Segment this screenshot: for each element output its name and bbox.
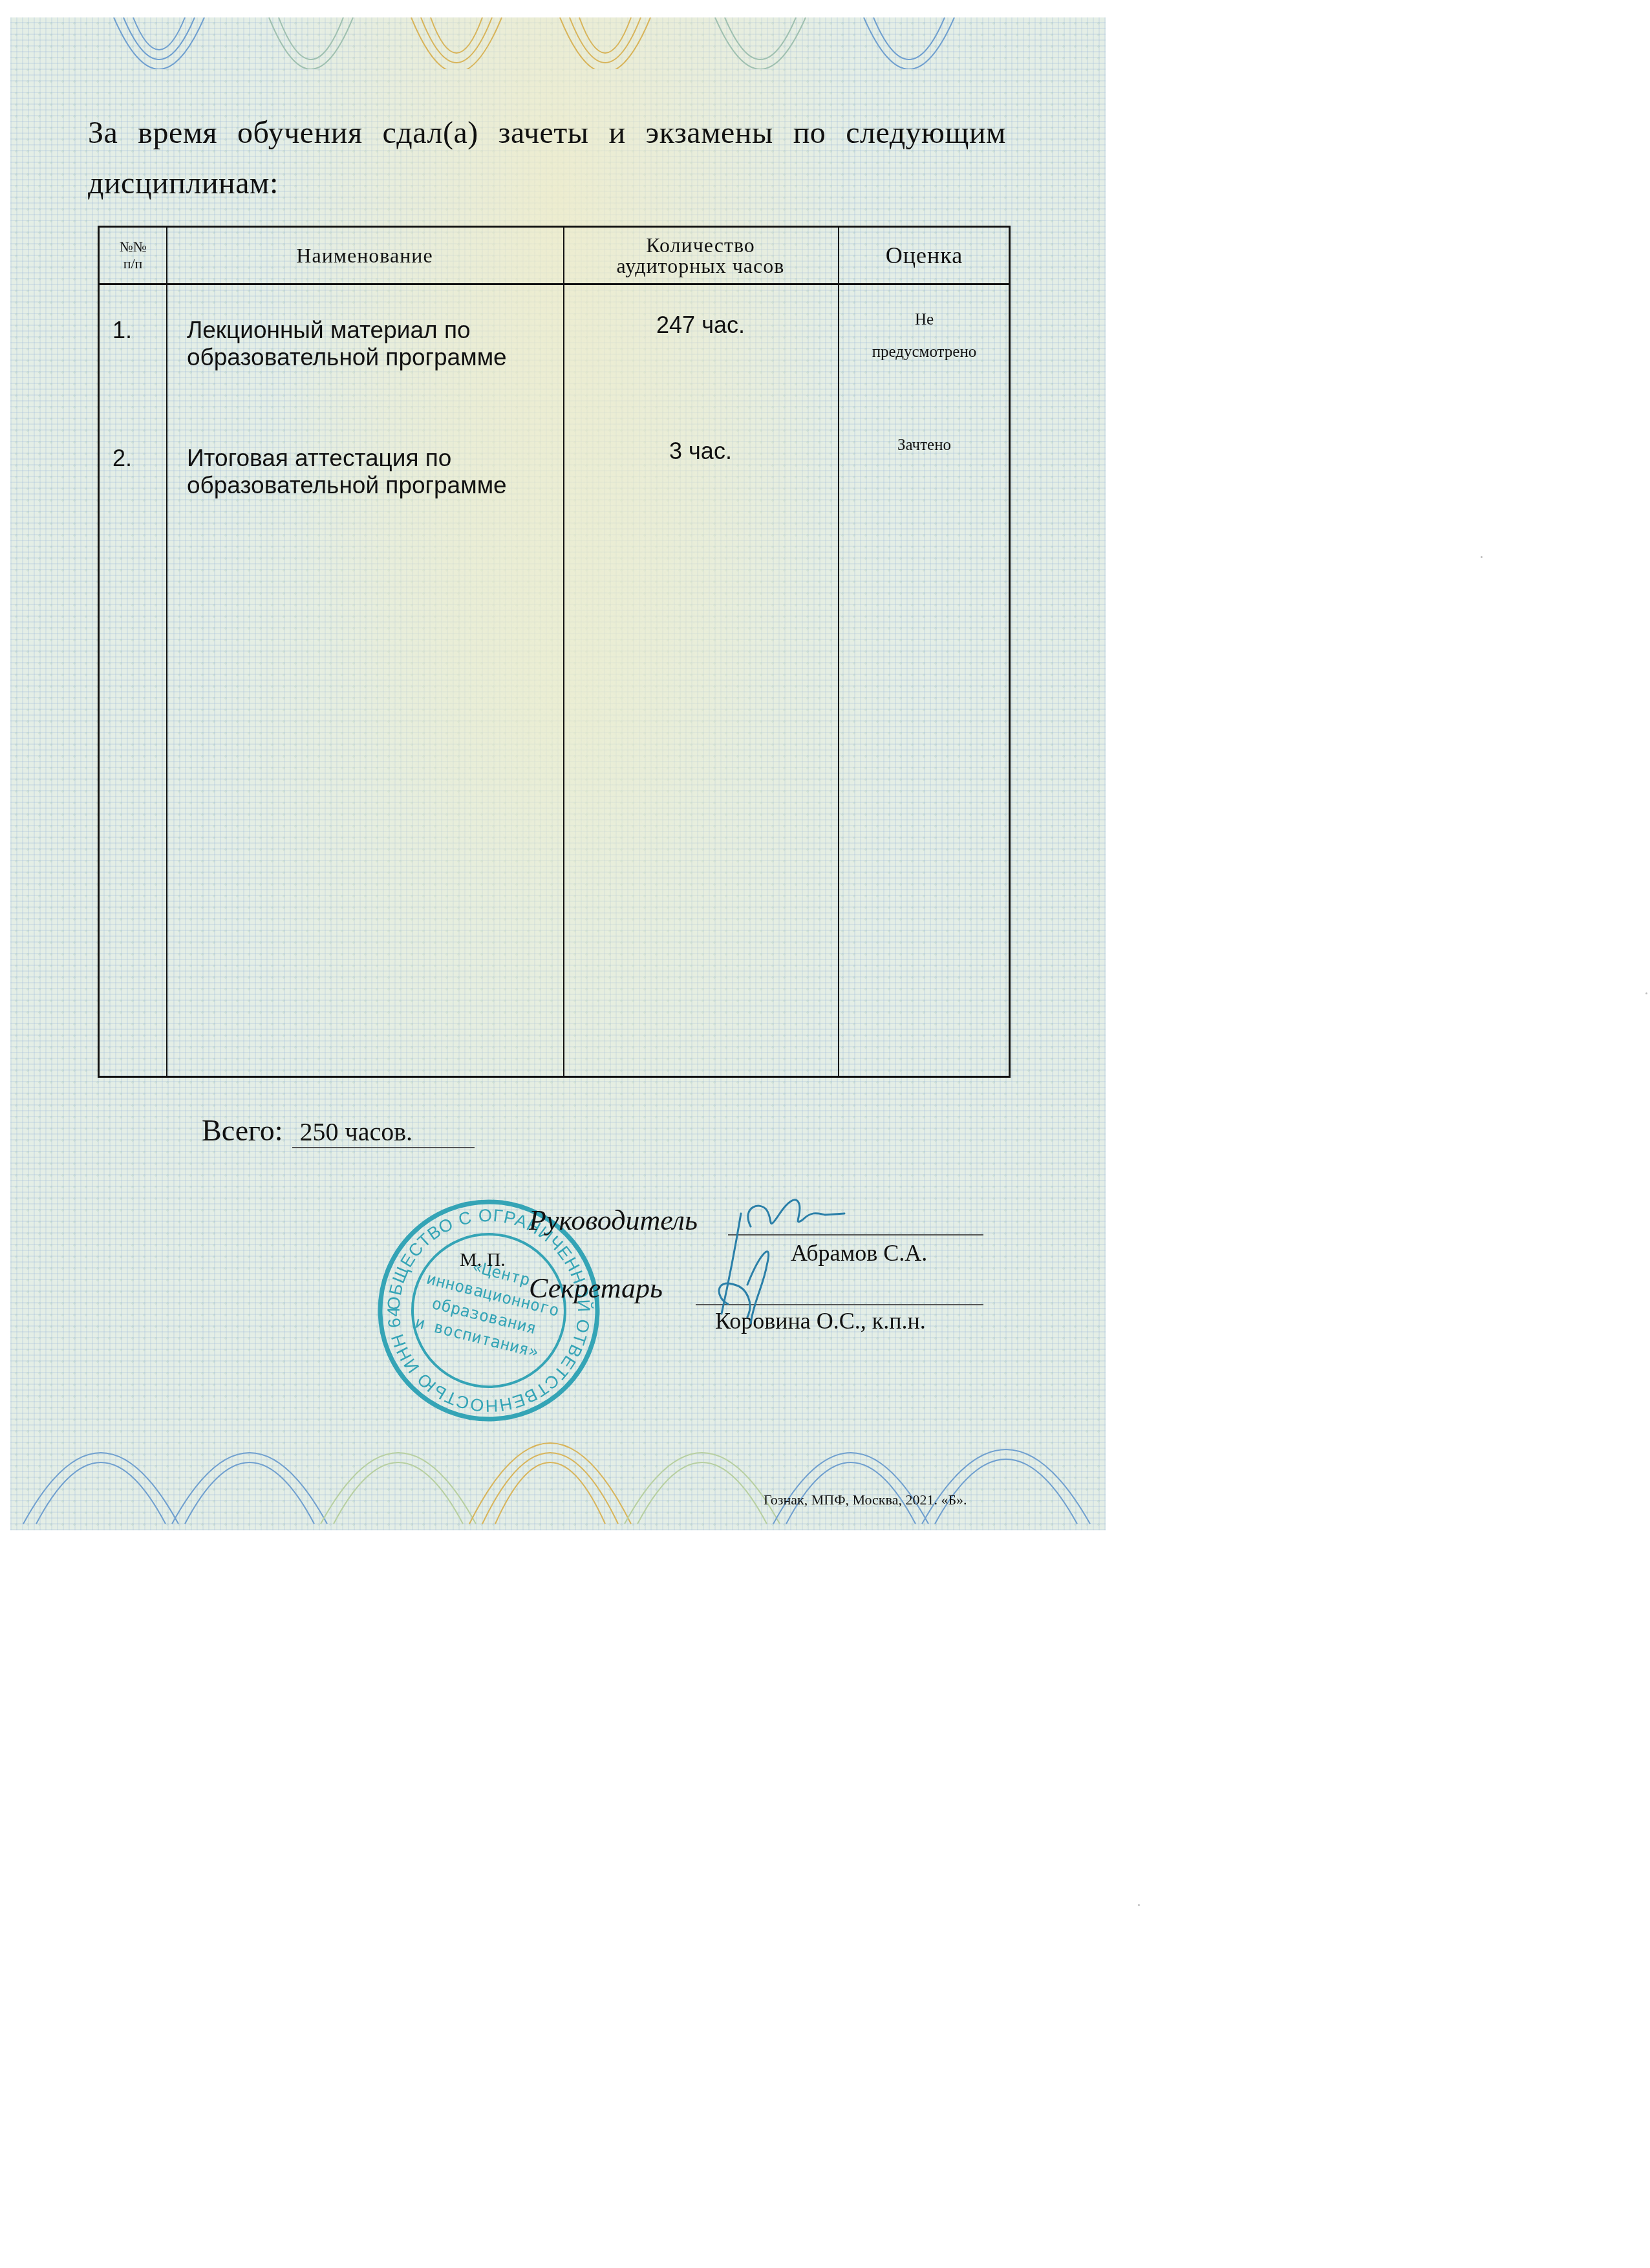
header-number-line2: п/п <box>123 255 143 272</box>
scan-speck <box>1138 1904 1140 1906</box>
row-2-grade-line1: Зачтено <box>838 429 1011 462</box>
scan-speck <box>1481 556 1483 558</box>
header-grade: Оценка <box>838 228 1011 283</box>
guilloche-top-ornament <box>10 17 1106 69</box>
row-1-grade: Не предусмотрено <box>838 304 1011 369</box>
header-hours-line2: аудиторных часов <box>617 255 785 276</box>
row-2-name-line2: образовательной программе <box>187 472 507 499</box>
header-divider <box>100 283 1009 285</box>
row-2-grade: Зачтено <box>838 429 1011 462</box>
row-1-name-line1: Лекционный материал по <box>187 317 507 344</box>
head-signature-label: Руководитель <box>529 1204 698 1237</box>
seal-place-label: М. П. <box>460 1249 506 1271</box>
total-label: Всего: <box>202 1114 283 1147</box>
disciplines-table: №№ п/п Наименование Количество аудиторны… <box>98 226 1011 1078</box>
row-2-hours: 3 час. <box>563 438 838 465</box>
total-hours: Всего:250 часов. <box>202 1113 475 1148</box>
header-number: №№ п/п <box>100 228 166 283</box>
header-hours: Количество аудиторных часов <box>563 228 838 283</box>
row-1-name-line2: образовательной программе <box>187 344 507 371</box>
row-1-hours: 247 час. <box>563 312 838 339</box>
scan-speck <box>1645 992 1647 994</box>
row-1-name: Лекционный материал по образовательной п… <box>187 317 507 371</box>
row-1-grade-line1: Не <box>838 304 1011 336</box>
row-1-grade-line2: предусмотрено <box>838 336 1011 369</box>
column-divider <box>166 228 167 1076</box>
printer-imprint: Гознак, МПФ, Москва, 2021. «Б». <box>764 1492 967 1508</box>
handwritten-signatures <box>689 1175 903 1330</box>
column-divider <box>563 228 564 1076</box>
diploma-supplement-page: За время обучения сдал(а) зачеты и экзам… <box>10 17 1106 1530</box>
header-number-line1: №№ <box>120 239 147 255</box>
row-2-name-line1: Итоговая аттестация по <box>187 445 507 472</box>
intro-text: За время обучения сдал(а) зачеты и экзам… <box>88 108 1006 209</box>
total-value: 250 часов. <box>292 1117 475 1148</box>
row-1-number: 1. <box>112 317 132 344</box>
header-hours-line1: Количество <box>646 235 755 255</box>
row-2-number: 2. <box>112 445 132 472</box>
secretary-signature-label: Секретарь <box>529 1272 663 1305</box>
header-name: Наименование <box>166 228 563 283</box>
row-2-name: Итоговая аттестация по образовательной п… <box>187 445 507 499</box>
